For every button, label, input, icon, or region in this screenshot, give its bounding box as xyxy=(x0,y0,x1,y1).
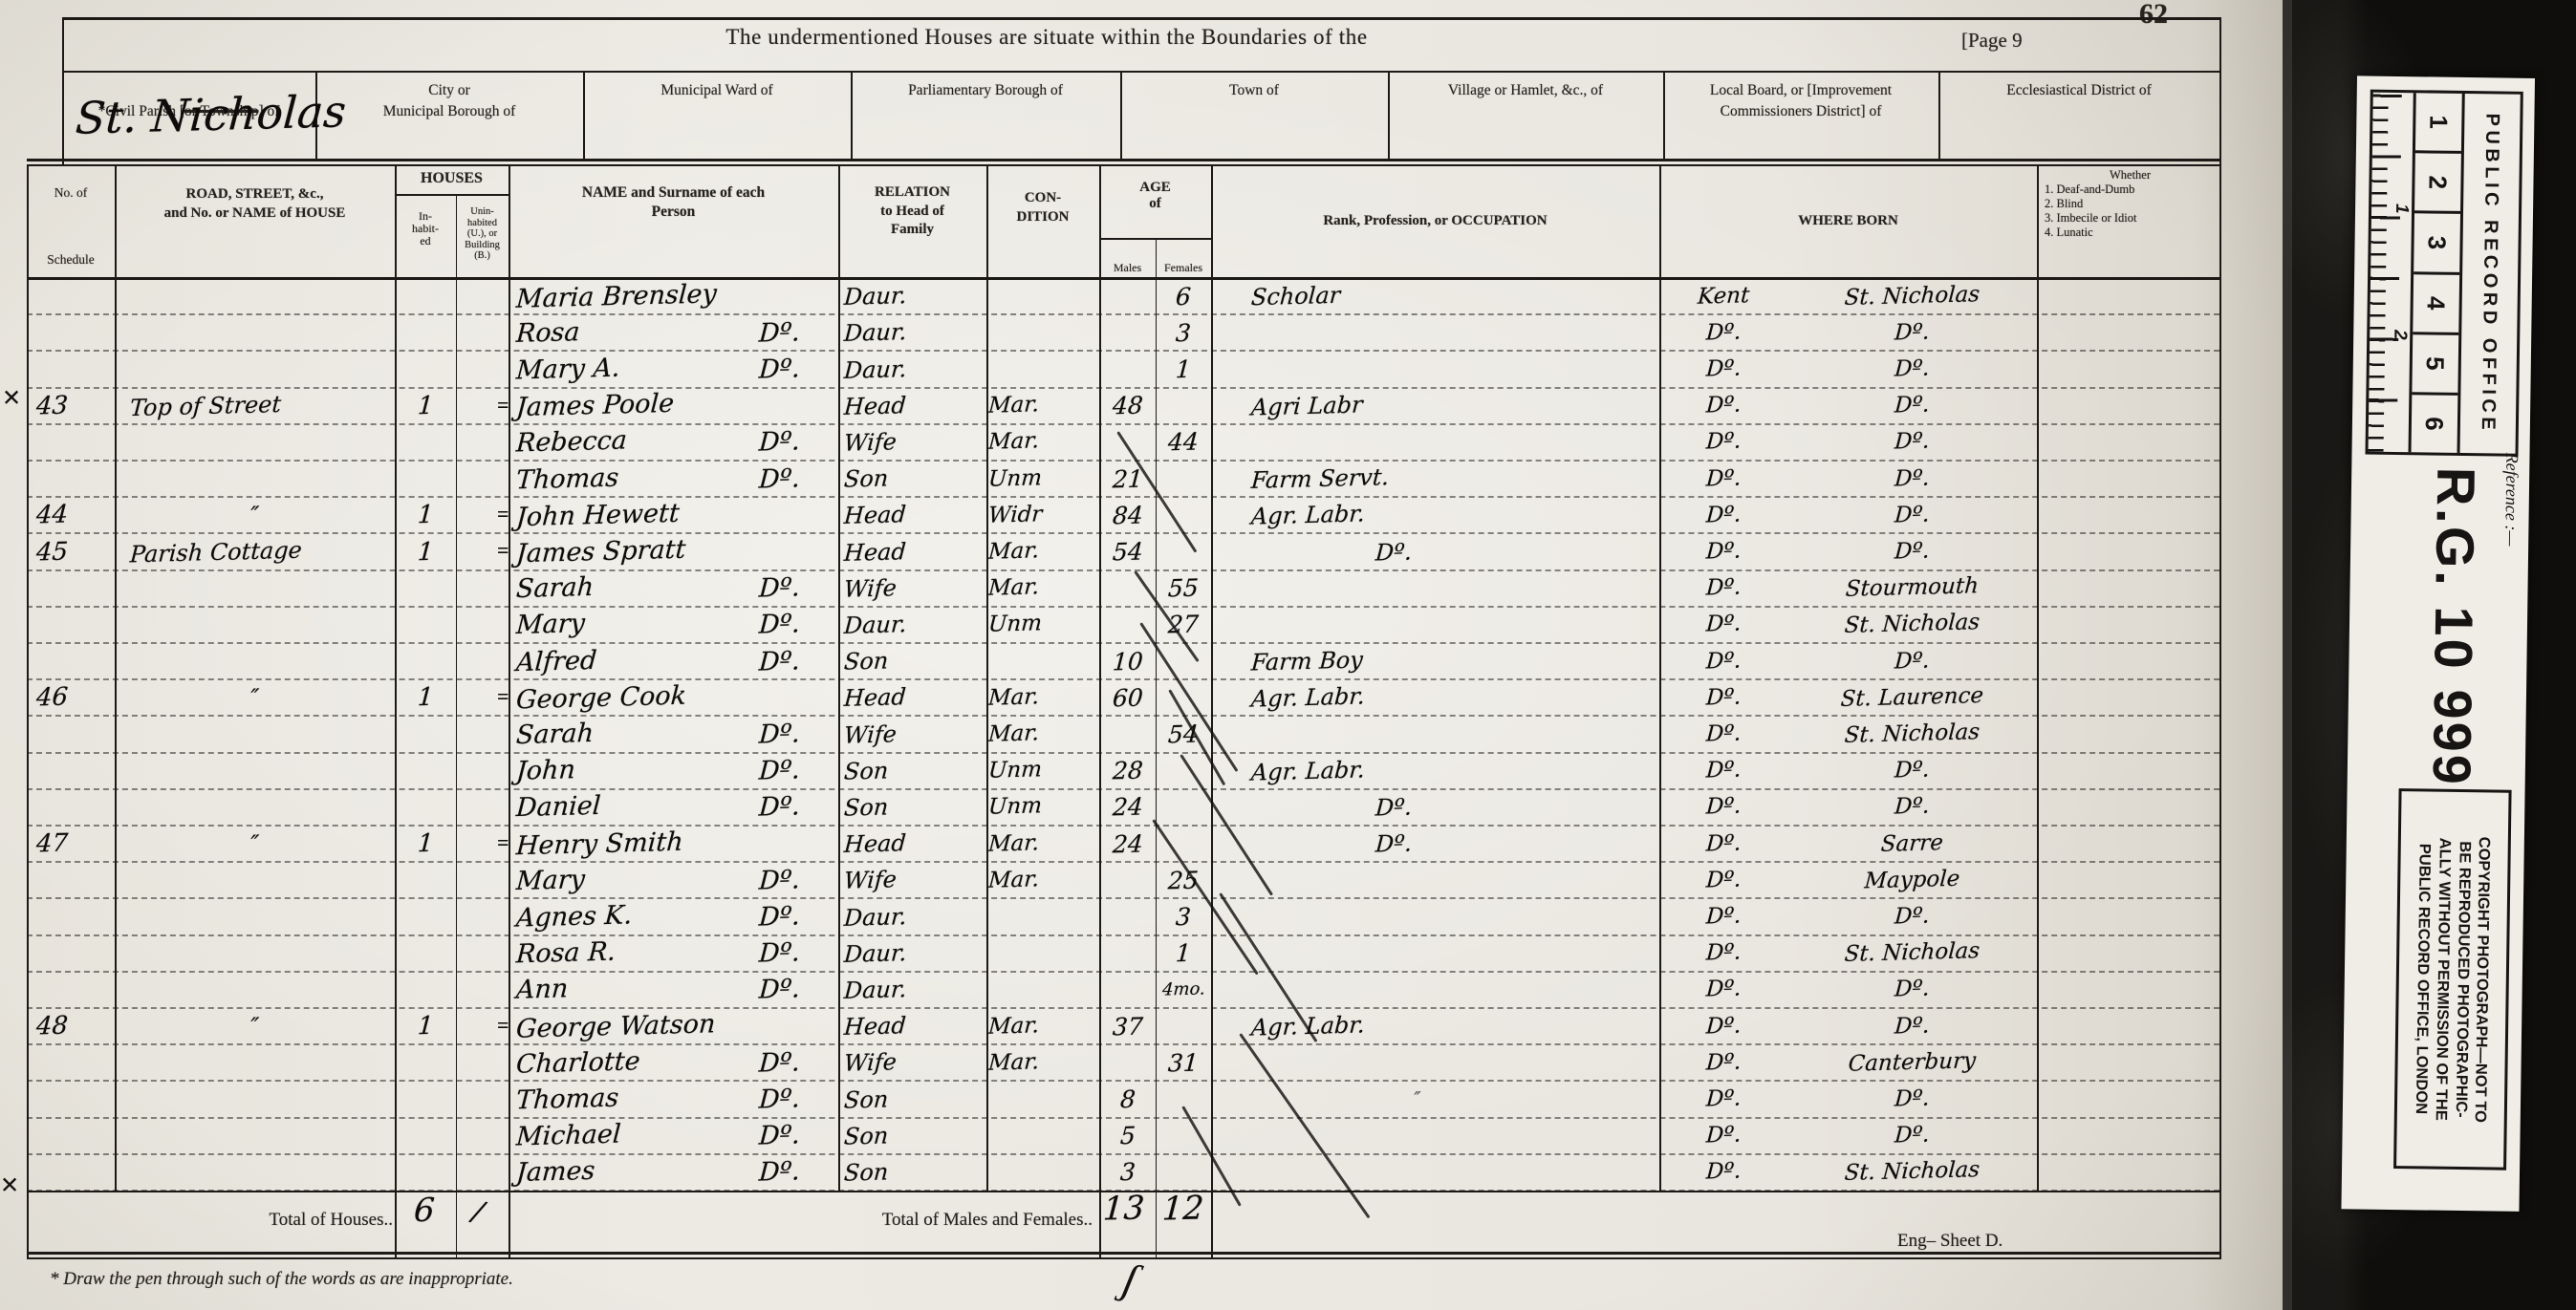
cell-relation: Head xyxy=(838,389,986,423)
cell-relation: Daur. xyxy=(838,279,986,313)
cell-uninhabited xyxy=(456,1045,509,1080)
table-row: RosaDº. Daur. 3 Dº.Dº. xyxy=(27,315,2219,352)
cell-road xyxy=(115,1045,395,1080)
cell-inhabited xyxy=(395,863,456,897)
cell-schedule xyxy=(27,425,115,460)
cell-infirmity xyxy=(2037,936,2219,971)
cell-inhabited xyxy=(395,1082,456,1116)
cell-where-born: Dº.St. Nicholas xyxy=(1659,717,2037,751)
cell-schedule xyxy=(27,352,115,386)
cell-occupation xyxy=(1211,973,1659,1007)
cell-occupation: Farm Boy xyxy=(1211,644,1659,678)
cell-relation: Son xyxy=(838,754,986,788)
cell-inhabited: 1 xyxy=(395,534,456,569)
cell-road xyxy=(115,462,395,496)
cell-condition: Mar. xyxy=(986,863,1099,897)
cell-infirmity xyxy=(2037,608,2219,642)
cell-road: Parish Cottage xyxy=(115,534,395,569)
col-age-group: AGE of Males Females xyxy=(1099,164,1211,279)
cell-occupation xyxy=(1211,863,1659,897)
cell-age-male: 54 xyxy=(1099,534,1156,569)
cell-inhabited xyxy=(395,790,456,825)
cell-name: =George Cook xyxy=(509,680,838,715)
col-condition: CON- DITION xyxy=(986,164,1099,279)
cell-condition: Mar. xyxy=(986,389,1099,423)
cell-infirmity xyxy=(2037,1009,2219,1043)
table-row: DanielDº. Son Unm 24 Dº. Dº.Dº. xyxy=(27,790,2219,827)
cell-schedule xyxy=(27,1119,115,1153)
ruler-number: 1 xyxy=(2415,93,2462,154)
reference-number: R.G. 10 999 xyxy=(2421,466,2488,787)
cell-schedule xyxy=(27,863,115,897)
col-schedule: No. of Schedule xyxy=(27,164,115,279)
cell-relation: Wife xyxy=(838,863,986,897)
cell-road xyxy=(115,863,395,897)
cell-road: ″ xyxy=(115,1009,395,1043)
pro-office-label: PUBLIC RECORD OFFICE xyxy=(2457,94,2521,454)
cell-infirmity xyxy=(2037,315,2219,350)
cell-condition xyxy=(986,899,1099,934)
page-title: The undermentioned Houses are situate wi… xyxy=(593,25,1501,50)
col-infirmity-items: 1. Deaf-and-Dumb 2. Blind 3. Imbecile or… xyxy=(2045,183,2216,240)
cell-age-male xyxy=(1099,936,1156,971)
cell-schedule: 43 xyxy=(27,389,115,423)
cell-age-male: 24 xyxy=(1099,827,1156,861)
cell-inhabited xyxy=(395,754,456,788)
ruler-number: 4 xyxy=(2413,274,2459,335)
cell-condition: Mar. xyxy=(986,425,1099,460)
ruler-ticks: 1 2 xyxy=(2369,93,2414,453)
page-number-label: [Page 9 xyxy=(1961,29,2023,53)
cell-where-born: Dº.St. Nicholas xyxy=(1659,936,2037,971)
cell-age-male xyxy=(1099,1045,1156,1080)
cell-road xyxy=(115,936,395,971)
cell-condition: Mar. xyxy=(986,571,1099,606)
cell-age-male xyxy=(1099,352,1156,386)
cell-inhabited xyxy=(395,1045,456,1080)
cell-inhabited: 1 xyxy=(395,389,456,423)
cell-age-female xyxy=(1156,389,1211,423)
cell-infirmity xyxy=(2037,279,2219,313)
cell-age-male xyxy=(1099,899,1156,934)
table-row: SarahDº. Wife Mar. 54 Dº.St. Nicholas xyxy=(27,717,2219,753)
ruler-number: 3 xyxy=(2414,214,2460,275)
cell-uninhabited xyxy=(456,790,509,825)
cell-relation: Head xyxy=(838,1009,986,1043)
cell-schedule xyxy=(27,973,115,1007)
cell-inhabited xyxy=(395,1119,456,1153)
cell-infirmity xyxy=(2037,462,2219,496)
cell-uninhabited xyxy=(456,425,509,460)
cell-where-born: Dº.Maypole xyxy=(1659,863,2037,897)
cell-relation: Son xyxy=(838,1155,986,1190)
sheet-label: Eng– Sheet D. xyxy=(1897,1231,2002,1252)
cell-inhabited xyxy=(395,936,456,971)
cell-relation: Daur. xyxy=(838,973,986,1007)
cell-infirmity xyxy=(2037,425,2219,460)
cell-road xyxy=(115,279,395,313)
cell-condition xyxy=(986,936,1099,971)
cell-where-born: KentSt. Nicholas xyxy=(1659,279,2037,313)
cell-condition xyxy=(986,644,1099,678)
table-row: CharlotteDº. Wife Mar. 31 Dº.Canterbury xyxy=(27,1045,2219,1082)
table-row: JamesDº. Son 3 Dº.St. Nicholas xyxy=(27,1155,2219,1192)
cell-road xyxy=(115,1155,395,1190)
cell-occupation xyxy=(1211,425,1659,460)
cell-inhabited: 1 xyxy=(395,498,456,532)
cell-occupation: Scholar xyxy=(1211,279,1659,313)
cell-relation: Daur. xyxy=(838,899,986,934)
cell-condition: Unm xyxy=(986,462,1099,496)
cell-inhabited xyxy=(395,571,456,606)
cell-road xyxy=(115,1082,395,1116)
cell-inhabited xyxy=(395,279,456,313)
census-form-page: The undermentioned Houses are situate wi… xyxy=(0,0,2283,1310)
cell-inhabited xyxy=(395,352,456,386)
cell-condition xyxy=(986,973,1099,1007)
cell-age-female: 6 xyxy=(1156,279,1211,313)
cell-condition: Mar. xyxy=(986,827,1099,861)
cell-road xyxy=(115,644,395,678)
table-row: Mary A.Dº. Daur. 1 Dº.Dº. xyxy=(27,352,2219,388)
cell-uninhabited xyxy=(456,352,509,386)
census-photograph: The undermentioned Houses are situate wi… xyxy=(0,0,2576,1310)
ruler-inch-1: 1 xyxy=(2391,204,2412,214)
cell-road: ″ xyxy=(115,827,395,861)
cell-occupation: Agr. Labr. xyxy=(1211,1009,1659,1043)
cell-relation: Son xyxy=(838,462,986,496)
cell-occupation xyxy=(1211,352,1659,386)
cell-age-female: 44 xyxy=(1156,425,1211,460)
cell-relation: Daur. xyxy=(838,608,986,642)
cell-uninhabited xyxy=(456,462,509,496)
cell-schedule xyxy=(27,608,115,642)
ruler-number: 2 xyxy=(2414,153,2461,214)
cell-uninhabited xyxy=(456,863,509,897)
cell-occupation xyxy=(1211,899,1659,934)
cell-age-male: 10 xyxy=(1099,644,1156,678)
cell-schedule xyxy=(27,644,115,678)
table-row: 47 ″ 1 =Henry Smith Head Mar. 24 Dº. Dº.… xyxy=(27,827,2219,863)
cell-where-born: Dº.Sarre xyxy=(1659,827,2037,861)
cell-name: =James Spratt xyxy=(509,534,838,569)
cell-occupation: Farm Servt. xyxy=(1211,462,1659,496)
civil-parish-value: St. Nicholas xyxy=(75,89,348,140)
cell-where-born: Dº.Dº. xyxy=(1659,534,2037,569)
margin-x-mark: × xyxy=(2,380,20,417)
table-row: AlfredDº. Son 10 Farm Boy Dº.Dº. xyxy=(27,644,2219,680)
cell-occupation xyxy=(1211,315,1659,350)
cell-schedule xyxy=(27,1082,115,1116)
table-row: 45 Parish Cottage 1 =James Spratt Head M… xyxy=(27,534,2219,570)
cell-where-born: Dº.Dº. xyxy=(1659,899,2037,934)
total-males-value: 13 xyxy=(1102,1192,1145,1225)
cell-relation: Wife xyxy=(838,1045,986,1080)
cell-name: MichaelDº. xyxy=(509,1119,838,1153)
cell-inhabited xyxy=(395,425,456,460)
col-infirmity-title: Whether xyxy=(2045,168,2216,183)
cell-where-born: Dº.Dº. xyxy=(1659,389,2037,423)
col-females: Females xyxy=(1156,254,1211,279)
col-houses-group: HOUSES In- habit- ed Unin- habited (U.),… xyxy=(395,164,509,279)
cell-name: Maria Brensley xyxy=(509,279,838,313)
cell-relation: Wife xyxy=(838,717,986,751)
cell-condition: Mar. xyxy=(986,680,1099,715)
cell-where-born: Dº.Dº. xyxy=(1659,973,2037,1007)
cell-infirmity xyxy=(2037,754,2219,788)
cell-condition: Unm xyxy=(986,790,1099,825)
cell-where-born: Dº.Dº. xyxy=(1659,1009,2037,1043)
cell-schedule xyxy=(27,899,115,934)
cell-inhabited xyxy=(395,315,456,350)
cell-occupation: Agr. Labr. xyxy=(1211,498,1659,532)
cell-inhabited xyxy=(395,717,456,751)
boundary-cell-village-hamlet: Village or Hamlet, &c., of xyxy=(1388,72,1663,164)
cell-name: Mary A.Dº. xyxy=(509,352,838,386)
cell-where-born: Dº.Dº. xyxy=(1659,352,2037,386)
cell-schedule: 47 xyxy=(27,827,115,861)
cell-schedule xyxy=(27,1155,115,1190)
cell-schedule xyxy=(27,754,115,788)
cell-name: MaryDº. xyxy=(509,608,838,642)
cell-infirmity xyxy=(2037,1045,2219,1080)
reference-label: Reference :— xyxy=(2500,453,2522,547)
cell-age-female xyxy=(1156,790,1211,825)
boundary-cell-town: Town of xyxy=(1120,72,1388,164)
cell-infirmity xyxy=(2037,1119,2219,1153)
cell-condition: Mar. xyxy=(986,1045,1099,1080)
cell-infirmity xyxy=(2037,1155,2219,1190)
table-row: MichaelDº. Son 5 Dº.Dº. xyxy=(27,1119,2219,1155)
cell-schedule xyxy=(27,315,115,350)
cell-occupation xyxy=(1211,1119,1659,1153)
cell-inhabited xyxy=(395,608,456,642)
cell-name: ThomasDº. xyxy=(509,1082,838,1116)
cell-uninhabited xyxy=(456,899,509,934)
cell-name: AlfredDº. xyxy=(509,644,838,678)
top-rule xyxy=(62,17,2219,20)
cell-where-born: Dº.Stourmouth xyxy=(1659,571,2037,606)
cell-infirmity xyxy=(2037,534,2219,569)
pen-flourish: ʃ xyxy=(1119,1253,1142,1305)
cell-occupation xyxy=(1211,717,1659,751)
cell-relation: Son xyxy=(838,644,986,678)
footnote: * Draw the pen through such of the words… xyxy=(50,1269,513,1290)
col-where-born: WHERE BORN xyxy=(1659,164,2037,279)
table-row: MaryDº. Wife Mar. 25 Dº.Maypole xyxy=(27,863,2219,899)
col-road: ROAD, STREET, &c., and No. or NAME of HO… xyxy=(115,164,395,279)
cell-uninhabited xyxy=(456,754,509,788)
cell-uninhabited xyxy=(456,973,509,1007)
cell-road xyxy=(115,315,395,350)
cell-age-male: 60 xyxy=(1099,680,1156,715)
cell-age-female: 4mo. xyxy=(1156,973,1211,1007)
boundary-cell-ecclesiastical: Ecclesiastical District of xyxy=(1938,72,2219,164)
cell-condition xyxy=(986,1155,1099,1190)
cell-condition: Mar. xyxy=(986,1009,1099,1043)
cell-relation: Son xyxy=(838,1119,986,1153)
cell-infirmity xyxy=(2037,899,2219,934)
cell-where-born: Dº.Dº. xyxy=(1659,425,2037,460)
cell-uninhabited xyxy=(456,1155,509,1190)
cell-age-female: 55 xyxy=(1156,571,1211,606)
cell-age-male: 24 xyxy=(1099,790,1156,825)
cell-condition xyxy=(986,1082,1099,1116)
cell-age-female xyxy=(1156,1155,1211,1190)
cell-relation: Head xyxy=(838,680,986,715)
col-relation: RELATION to Head of Family xyxy=(838,164,986,279)
ruler-number-cells: 123456 xyxy=(2409,93,2462,453)
cell-name: SarahDº. xyxy=(509,717,838,751)
cell-uninhabited xyxy=(456,936,509,971)
cell-road xyxy=(115,973,395,1007)
col-occupation: Rank, Profession, or OCCUPATION xyxy=(1211,164,1659,279)
col-houses: HOUSES xyxy=(395,164,509,201)
cell-condition: Unm xyxy=(986,608,1099,642)
cell-infirmity xyxy=(2037,863,2219,897)
table-row: JohnDº. Son Unm 28 Agr. Labr. Dº.Dº. xyxy=(27,754,2219,790)
cell-age-male: 8 xyxy=(1099,1082,1156,1116)
cell-infirmity xyxy=(2037,352,2219,386)
cell-road xyxy=(115,717,395,751)
cell-infirmity xyxy=(2037,571,2219,606)
table-row: 48 ″ 1 =George Watson Head Mar. 37 Agr. … xyxy=(27,1009,2219,1045)
cell-name: ThomasDº. xyxy=(509,462,838,496)
cell-uninhabited xyxy=(456,1119,509,1153)
cell-road xyxy=(115,1119,395,1153)
cell-age-male xyxy=(1099,425,1156,460)
cell-condition xyxy=(986,1119,1099,1153)
cell-age-male: 37 xyxy=(1099,1009,1156,1043)
table-row: 46 ″ 1 =George Cook Head Mar. 60 Agr. La… xyxy=(27,680,2219,717)
cell-name: RosaDº. xyxy=(509,315,838,350)
cell-road xyxy=(115,790,395,825)
table-row: SarahDº. Wife Mar. 55 Dº.Stourmouth xyxy=(27,571,2219,608)
cell-uninhabited xyxy=(456,717,509,751)
cell-inhabited xyxy=(395,462,456,496)
copyright-notice: COPYRIGHT PHOTOGRAPH—NOT TO BE REPRODUCE… xyxy=(2393,788,2512,1170)
cell-schedule xyxy=(27,717,115,751)
cell-age-female: 31 xyxy=(1156,1045,1211,1080)
cell-where-born: Dº.Canterbury xyxy=(1659,1045,2037,1080)
cell-where-born: Dº.Dº. xyxy=(1659,315,2037,350)
cell-condition: Widr xyxy=(986,498,1099,532)
cell-age-male xyxy=(1099,717,1156,751)
cell-name: MaryDº. xyxy=(509,863,838,897)
cell-name: =Henry Smith xyxy=(509,827,838,861)
cell-road: Top of Street xyxy=(115,389,395,423)
cell-age-male xyxy=(1099,279,1156,313)
cell-road xyxy=(115,754,395,788)
cell-occupation xyxy=(1211,936,1659,971)
total-males-females-label: Total of Males and Females.. xyxy=(600,1210,1093,1231)
cell-age-male xyxy=(1099,973,1156,1007)
cell-age-male: 48 xyxy=(1099,389,1156,423)
cell-condition: Mar. xyxy=(986,717,1099,751)
cell-where-born: Dº.Dº. xyxy=(1659,644,2037,678)
cell-road xyxy=(115,571,395,606)
cell-inhabited: 1 xyxy=(395,827,456,861)
cell-road: ″ xyxy=(115,680,395,715)
cell-infirmity xyxy=(2037,790,2219,825)
cell-name: SarahDº. xyxy=(509,571,838,606)
cell-relation: Daur. xyxy=(838,315,986,350)
cell-schedule: 46 xyxy=(27,680,115,715)
cell-relation: Wife xyxy=(838,425,986,460)
cell-infirmity xyxy=(2037,644,2219,678)
totals-row: Total of Houses.. 6 / Total of Males and… xyxy=(27,1191,2219,1254)
cell-schedule xyxy=(27,1045,115,1080)
margin-x-mark: × xyxy=(0,1168,18,1204)
cell-infirmity xyxy=(2037,827,2219,861)
cell-where-born: Dº.St. Laurence xyxy=(1659,680,2037,715)
cell-schedule xyxy=(27,462,115,496)
cell-road xyxy=(115,352,395,386)
boundary-header: *Civil Parish [or Township] of St. Nicho… xyxy=(62,72,2219,164)
cell-where-born: Dº.Dº. xyxy=(1659,790,2037,825)
cell-age-female xyxy=(1156,534,1211,569)
cell-schedule xyxy=(27,936,115,971)
cell-relation: Head xyxy=(838,534,986,569)
cell-where-born: Dº.St. Nicholas xyxy=(1659,608,2037,642)
table-row: Maria Brensley Daur. 6 Scholar KentSt. N… xyxy=(27,279,2219,315)
boundary-cell-civil-parish: *Civil Parish [or Township] of St. Nicho… xyxy=(62,72,315,164)
cell-uninhabited xyxy=(456,279,509,313)
cell-name: RebeccaDº. xyxy=(509,425,838,460)
cell-age-female xyxy=(1156,827,1211,861)
cell-relation: Head xyxy=(838,827,986,861)
cell-occupation: Dº. xyxy=(1211,534,1659,569)
cell-schedule xyxy=(27,279,115,313)
cell-age-female: 1 xyxy=(1156,352,1211,386)
boundary-cell-local-board: Local Board, or [Improvement Commissione… xyxy=(1663,72,1938,164)
cell-relation: Daur. xyxy=(838,352,986,386)
total-houses-value: 6 xyxy=(413,1194,436,1228)
cell-condition xyxy=(986,279,1099,313)
cell-age-male xyxy=(1099,863,1156,897)
cell-schedule: 44 xyxy=(27,498,115,532)
column-headers: No. of Schedule ROAD, STREET, &c., and N… xyxy=(27,164,2219,279)
cell-road: ″ xyxy=(115,498,395,532)
cell-uninhabited xyxy=(456,1082,509,1116)
cell-infirmity xyxy=(2037,680,2219,715)
cell-name: AnnDº. xyxy=(509,973,838,1007)
cell-occupation: Agr. Labr. xyxy=(1211,754,1659,788)
ruler-inch-2: 2 xyxy=(2389,330,2410,340)
cell-condition xyxy=(986,315,1099,350)
cell-infirmity xyxy=(2037,1082,2219,1116)
col-inhabited: In- habit- ed xyxy=(395,201,456,279)
cell-age-male: 28 xyxy=(1099,754,1156,788)
cell-where-born: Dº.Dº. xyxy=(1659,754,2037,788)
cell-infirmity xyxy=(2037,717,2219,751)
cell-name: =James Poole xyxy=(509,389,838,423)
cell-relation: Son xyxy=(838,790,986,825)
boundary-cell-parliamentary-borough: Parliamentary Borough of xyxy=(851,72,1120,164)
cell-inhabited: 1 xyxy=(395,680,456,715)
cell-age-female: 3 xyxy=(1156,899,1211,934)
cell-age-female: 1 xyxy=(1156,936,1211,971)
cell-uninhabited xyxy=(456,315,509,350)
cell-road xyxy=(115,425,395,460)
cell-inhabited: 1 xyxy=(395,1009,456,1043)
table-row: Rosa R.Dº. Daur. 1 Dº.St. Nicholas xyxy=(27,936,2219,973)
cell-inhabited xyxy=(395,1155,456,1190)
col-uninhabited: Unin- habited (U.), or Building (B.) xyxy=(456,201,509,279)
cell-age-female xyxy=(1156,1009,1211,1043)
cell-age-female xyxy=(1156,462,1211,496)
table-row: Agnes K.Dº. Daur. 3 Dº.Dº. xyxy=(27,899,2219,935)
